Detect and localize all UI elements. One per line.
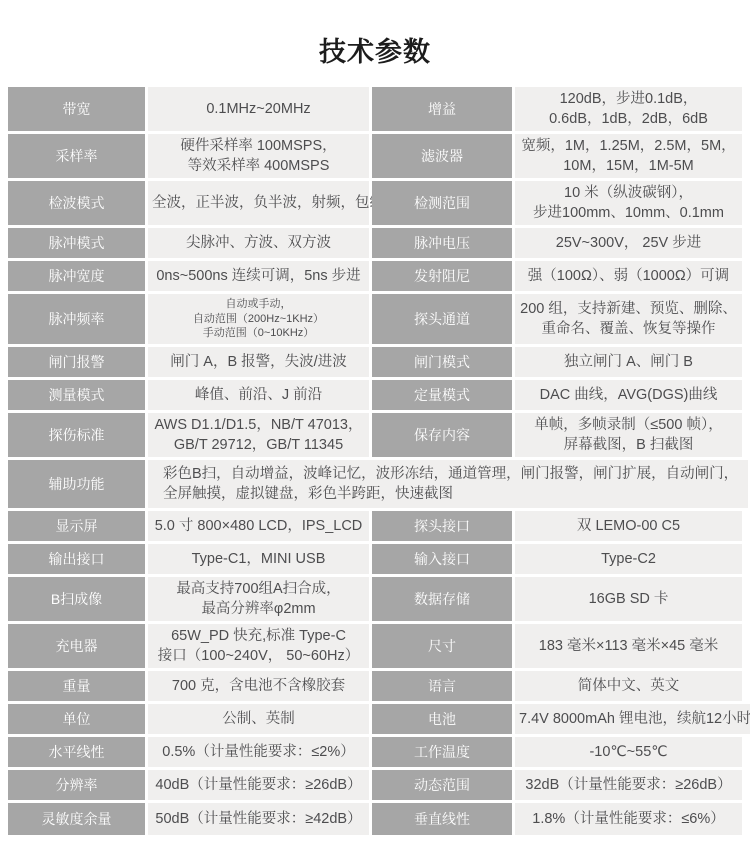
spec-label: 脉冲电压 bbox=[372, 228, 512, 258]
spec-value-line: 40dB（计量性能要求：≥26dB） bbox=[152, 775, 365, 795]
spec-value-line: 50dB（计量性能要求：≥42dB） bbox=[152, 809, 365, 829]
spec-value-line: 等效采样率 400MSPS bbox=[152, 156, 365, 176]
spec-row: 显示屏5.0 寸 800×480 LCD，IPS_LCD探头接口双 LEMO-0… bbox=[8, 511, 742, 541]
spec-value: 7.4V 8000mAh 锂电池，续航12小时 bbox=[515, 704, 750, 734]
spec-label: 辅助功能 bbox=[8, 460, 145, 508]
spec-row: 脉冲宽度0ns~500ns 连续可调，5ns 步进发射阻尼强（100Ω）、弱（1… bbox=[8, 261, 742, 291]
spec-label: 脉冲频率 bbox=[8, 294, 145, 344]
spec-value: 双 LEMO-00 C5 bbox=[515, 511, 742, 541]
spec-value: 200 组，支持新建、预览、删除、重命名、覆盖、恢复等操作 bbox=[515, 294, 742, 344]
spec-label: 保存内容 bbox=[372, 413, 512, 457]
spec-row: 水平线性0.5%（计量性能要求：≤2%）工作温度-10℃~55℃ bbox=[8, 737, 742, 767]
spec-value-line: 自动范围（200Hz~1KHz） bbox=[152, 312, 365, 327]
spec-value-line: 10M，15M，1M-5M bbox=[519, 156, 738, 176]
spec-label: 探伤标准 bbox=[8, 413, 145, 457]
spec-value-line: 简体中文、英文 bbox=[519, 676, 738, 696]
spec-label: 水平线性 bbox=[8, 737, 145, 767]
spec-value-line: 120dB，步进0.1dB， bbox=[519, 89, 738, 109]
spec-value-line: DAC 曲线，AVG(DGS)曲线 bbox=[519, 385, 738, 405]
spec-row: 测量模式峰值、前沿、J 前沿定量模式DAC 曲线，AVG(DGS)曲线 bbox=[8, 380, 742, 410]
spec-value-line: 强（100Ω）、弱（1000Ω）可调 bbox=[519, 266, 738, 286]
spec-value: 16GB SD 卡 bbox=[515, 577, 742, 621]
spec-value-line: 全屏触摸，虚拟键盘，彩色半跨距，快速截图 bbox=[163, 484, 738, 504]
spec-value-line: 独立闸门 A、闸门 B bbox=[519, 352, 738, 372]
spec-value-line: 硬件采样率 100MSPS， bbox=[152, 136, 365, 156]
spec-value: 硬件采样率 100MSPS，等效采样率 400MSPS bbox=[148, 134, 369, 178]
spec-row: 灵敏度余量50dB（计量性能要求：≥42dB）垂直线性1.8%（计量性能要求：≤… bbox=[8, 803, 742, 835]
spec-value-line: Type-C2 bbox=[519, 549, 738, 569]
spec-value-line: 手动范围（0~10KHz） bbox=[152, 326, 365, 341]
spec-value-line: 最高支持700组A扫合成， bbox=[152, 579, 365, 599]
spec-value-line: GB/T 29712，GB/T 11345 bbox=[152, 435, 365, 455]
spec-label: 测量模式 bbox=[8, 380, 145, 410]
page-title: 技术参数 bbox=[0, 0, 750, 62]
spec-value: 宽频，1M，1.25M，2.5M，5M，10M，15M，1M-5M bbox=[515, 134, 742, 178]
spec-row: 充电器65W_PD 快充,标准 Type-C接口（100~240V， 50~60… bbox=[8, 624, 742, 668]
spec-label: 探头通道 bbox=[372, 294, 512, 344]
spec-value-line: AWS D1.1/D1.5，NB/T 47013， bbox=[152, 415, 365, 435]
spec-label: 充电器 bbox=[8, 624, 145, 668]
spec-label: 输入接口 bbox=[372, 544, 512, 574]
spec-value-line: 峰值、前沿、J 前沿 bbox=[152, 385, 365, 405]
spec-label: 闸门报警 bbox=[8, 347, 145, 377]
spec-row: 检波模式全波，正半波，负半波，射频，包络检测范围10 米（纵波碳钢），步进100… bbox=[8, 181, 742, 225]
spec-row: B扫成像最高支持700组A扫合成，最高分辨率φ2mm数据存储16GB SD 卡 bbox=[8, 577, 742, 621]
spec-value-line: 200 组，支持新建、预览、删除、 bbox=[519, 299, 738, 319]
spec-value-line: 700 克，含电池不含橡胶套 bbox=[152, 676, 365, 696]
spec-value-line: 单帧，多帧录制（≤500 帧）， bbox=[519, 415, 738, 435]
spec-label: 电池 bbox=[372, 704, 512, 734]
spec-value: 5.0 寸 800×480 LCD，IPS_LCD bbox=[148, 511, 369, 541]
spec-row: 探伤标准AWS D1.1/D1.5，NB/T 47013，GB/T 29712，… bbox=[8, 413, 742, 457]
spec-label: 增益 bbox=[372, 87, 512, 131]
spec-value: 尖脉冲、方波、双方波 bbox=[148, 228, 369, 258]
spec-row: 采样率硬件采样率 100MSPS，等效采样率 400MSPS滤波器宽频，1M，1… bbox=[8, 134, 742, 178]
spec-value-line: 重命名、覆盖、恢复等操作 bbox=[519, 319, 738, 339]
spec-label: 灵敏度余量 bbox=[8, 803, 145, 835]
spec-row: 分辨率40dB（计量性能要求：≥26dB）动态范围32dB（计量性能要求：≥26… bbox=[8, 770, 742, 800]
spec-value: 25V~300V， 25V 步进 bbox=[515, 228, 742, 258]
spec-value-line: 最高分辨率φ2mm bbox=[152, 599, 365, 619]
spec-value: 单帧，多帧录制（≤500 帧），屏幕截图，B 扫截图 bbox=[515, 413, 742, 457]
spec-label: 闸门模式 bbox=[372, 347, 512, 377]
spec-value-line: 0.6dB，1dB，2dB，6dB bbox=[519, 109, 738, 129]
spec-value: 全波，正半波，负半波，射频，包络 bbox=[148, 181, 369, 225]
spec-row: 辅助功能彩色B扫，自动增益，波峰记忆，波形冻结，通道管理，闸门报警，闸门扩展，自… bbox=[8, 460, 742, 508]
spec-value: 40dB（计量性能要求：≥26dB） bbox=[148, 770, 369, 800]
spec-value-line: 自动或手动， bbox=[152, 297, 365, 312]
spec-value: 0.1MHz~20MHz bbox=[148, 87, 369, 131]
spec-label: 定量模式 bbox=[372, 380, 512, 410]
spec-row: 带宽0.1MHz~20MHz增益120dB，步进0.1dB，0.6dB，1dB，… bbox=[8, 87, 742, 131]
spec-value-line: 尖脉冲、方波、双方波 bbox=[152, 233, 365, 253]
spec-value-line: 闸门 A，B 报警，失波/进波 bbox=[152, 352, 365, 372]
spec-value-line: 25V~300V， 25V 步进 bbox=[519, 233, 738, 253]
spec-value: 10 米（纵波碳钢），步进100mm、10mm、0.1mm bbox=[515, 181, 742, 225]
spec-value: Type-C1，MINI USB bbox=[148, 544, 369, 574]
spec-value-line: 183 毫米×113 毫米×45 毫米 bbox=[519, 636, 738, 656]
spec-label: 检测范围 bbox=[372, 181, 512, 225]
spec-label: 带宽 bbox=[8, 87, 145, 131]
spec-value: AWS D1.1/D1.5，NB/T 47013，GB/T 29712，GB/T… bbox=[148, 413, 369, 457]
spec-value-line: 1.8%（计量性能要求：≤6%） bbox=[519, 809, 738, 829]
spec-value: 32dB（计量性能要求：≥26dB） bbox=[515, 770, 742, 800]
spec-value: 1.8%（计量性能要求：≤6%） bbox=[515, 803, 742, 835]
spec-label: 显示屏 bbox=[8, 511, 145, 541]
spec-value: 自动或手动，自动范围（200Hz~1KHz）手动范围（0~10KHz） bbox=[148, 294, 369, 344]
spec-value: 强（100Ω）、弱（1000Ω）可调 bbox=[515, 261, 742, 291]
spec-value-line: 公制、英制 bbox=[152, 709, 365, 729]
spec-label: 采样率 bbox=[8, 134, 145, 178]
spec-value-line: 65W_PD 快充,标准 Type-C bbox=[152, 626, 365, 646]
spec-value-line: 接口（100~240V， 50~60Hz） bbox=[152, 646, 365, 666]
spec-label: 探头接口 bbox=[372, 511, 512, 541]
spec-label: 单位 bbox=[8, 704, 145, 734]
spec-label: 动态范围 bbox=[372, 770, 512, 800]
spec-value: 公制、英制 bbox=[148, 704, 369, 734]
spec-value: 120dB，步进0.1dB，0.6dB，1dB，2dB，6dB bbox=[515, 87, 742, 131]
spec-label: 分辨率 bbox=[8, 770, 145, 800]
spec-row: 单位公制、英制电池7.4V 8000mAh 锂电池，续航12小时 bbox=[8, 704, 742, 734]
spec-row: 脉冲频率自动或手动，自动范围（200Hz~1KHz）手动范围（0~10KHz）探… bbox=[8, 294, 742, 344]
spec-label: 重量 bbox=[8, 671, 145, 701]
spec-label: 数据存储 bbox=[372, 577, 512, 621]
spec-value-line: 屏幕截图，B 扫截图 bbox=[519, 435, 738, 455]
spec-label: 工作温度 bbox=[372, 737, 512, 767]
spec-value: 简体中文、英文 bbox=[515, 671, 742, 701]
spec-value: 闸门 A，B 报警，失波/进波 bbox=[148, 347, 369, 377]
spec-row: 输出接口Type-C1，MINI USB输入接口Type-C2 bbox=[8, 544, 742, 574]
spec-row: 闸门报警闸门 A，B 报警，失波/进波闸门模式独立闸门 A、闸门 B bbox=[8, 347, 742, 377]
spec-value-line: 7.4V 8000mAh 锂电池，续航12小时 bbox=[519, 709, 750, 729]
spec-sheet: 技术参数 带宽0.1MHz~20MHz增益120dB，步进0.1dB，0.6dB… bbox=[0, 0, 750, 862]
spec-value-line: -10℃~55℃ bbox=[519, 742, 738, 762]
spec-value: -10℃~55℃ bbox=[515, 737, 742, 767]
spec-value-line: 0ns~500ns 连续可调，5ns 步进 bbox=[152, 266, 365, 286]
spec-value: 65W_PD 快充,标准 Type-C接口（100~240V， 50~60Hz） bbox=[148, 624, 369, 668]
spec-label: 语言 bbox=[372, 671, 512, 701]
spec-label: 滤波器 bbox=[372, 134, 512, 178]
spec-value-line: 32dB（计量性能要求：≥26dB） bbox=[519, 775, 738, 795]
spec-row: 脉冲模式尖脉冲、方波、双方波脉冲电压25V~300V， 25V 步进 bbox=[8, 228, 742, 258]
spec-value-line: 5.0 寸 800×480 LCD，IPS_LCD bbox=[152, 516, 365, 536]
spec-value: 0.5%（计量性能要求：≤2%） bbox=[148, 737, 369, 767]
spec-value: 700 克，含电池不含橡胶套 bbox=[148, 671, 369, 701]
spec-value-line: 0.1MHz~20MHz bbox=[152, 99, 365, 119]
spec-value-line: 双 LEMO-00 C5 bbox=[519, 516, 738, 536]
spec-label: 垂直线性 bbox=[372, 803, 512, 835]
spec-value-line: 彩色B扫，自动增益，波峰记忆，波形冻结，通道管理，闸门报警，闸门扩展，自动闸门， bbox=[163, 464, 738, 484]
spec-value-line: 步进100mm、10mm、0.1mm bbox=[519, 203, 738, 223]
spec-label: 脉冲宽度 bbox=[8, 261, 145, 291]
spec-value-line: 0.5%（计量性能要求：≤2%） bbox=[152, 742, 365, 762]
spec-label: 发射阻尼 bbox=[372, 261, 512, 291]
spec-value: 50dB（计量性能要求：≥42dB） bbox=[148, 803, 369, 835]
spec-label: 脉冲模式 bbox=[8, 228, 145, 258]
spec-value: 最高支持700组A扫合成，最高分辨率φ2mm bbox=[148, 577, 369, 621]
spec-value: 0ns~500ns 连续可调，5ns 步进 bbox=[148, 261, 369, 291]
spec-label: B扫成像 bbox=[8, 577, 145, 621]
spec-value-line: 16GB SD 卡 bbox=[519, 589, 738, 609]
spec-value: 独立闸门 A、闸门 B bbox=[515, 347, 742, 377]
spec-value: 彩色B扫，自动增益，波峰记忆，波形冻结，通道管理，闸门报警，闸门扩展，自动闸门，… bbox=[148, 460, 748, 508]
spec-row: 重量700 克，含电池不含橡胶套语言简体中文、英文 bbox=[8, 671, 742, 701]
spec-value-line: 全波，正半波，负半波，射频，包络 bbox=[152, 193, 365, 213]
spec-value: 峰值、前沿、J 前沿 bbox=[148, 380, 369, 410]
spec-value: 183 毫米×113 毫米×45 毫米 bbox=[515, 624, 742, 668]
spec-label: 检波模式 bbox=[8, 181, 145, 225]
spec-value: Type-C2 bbox=[515, 544, 742, 574]
spec-value: DAC 曲线，AVG(DGS)曲线 bbox=[515, 380, 742, 410]
spec-value-line: 10 米（纵波碳钢）， bbox=[519, 183, 738, 203]
spec-label: 输出接口 bbox=[8, 544, 145, 574]
spec-label: 尺寸 bbox=[372, 624, 512, 668]
spec-table: 带宽0.1MHz~20MHz增益120dB，步进0.1dB，0.6dB，1dB，… bbox=[8, 87, 742, 835]
spec-value-line: 宽频，1M，1.25M，2.5M，5M， bbox=[519, 136, 738, 156]
spec-value-line: Type-C1，MINI USB bbox=[152, 549, 365, 569]
